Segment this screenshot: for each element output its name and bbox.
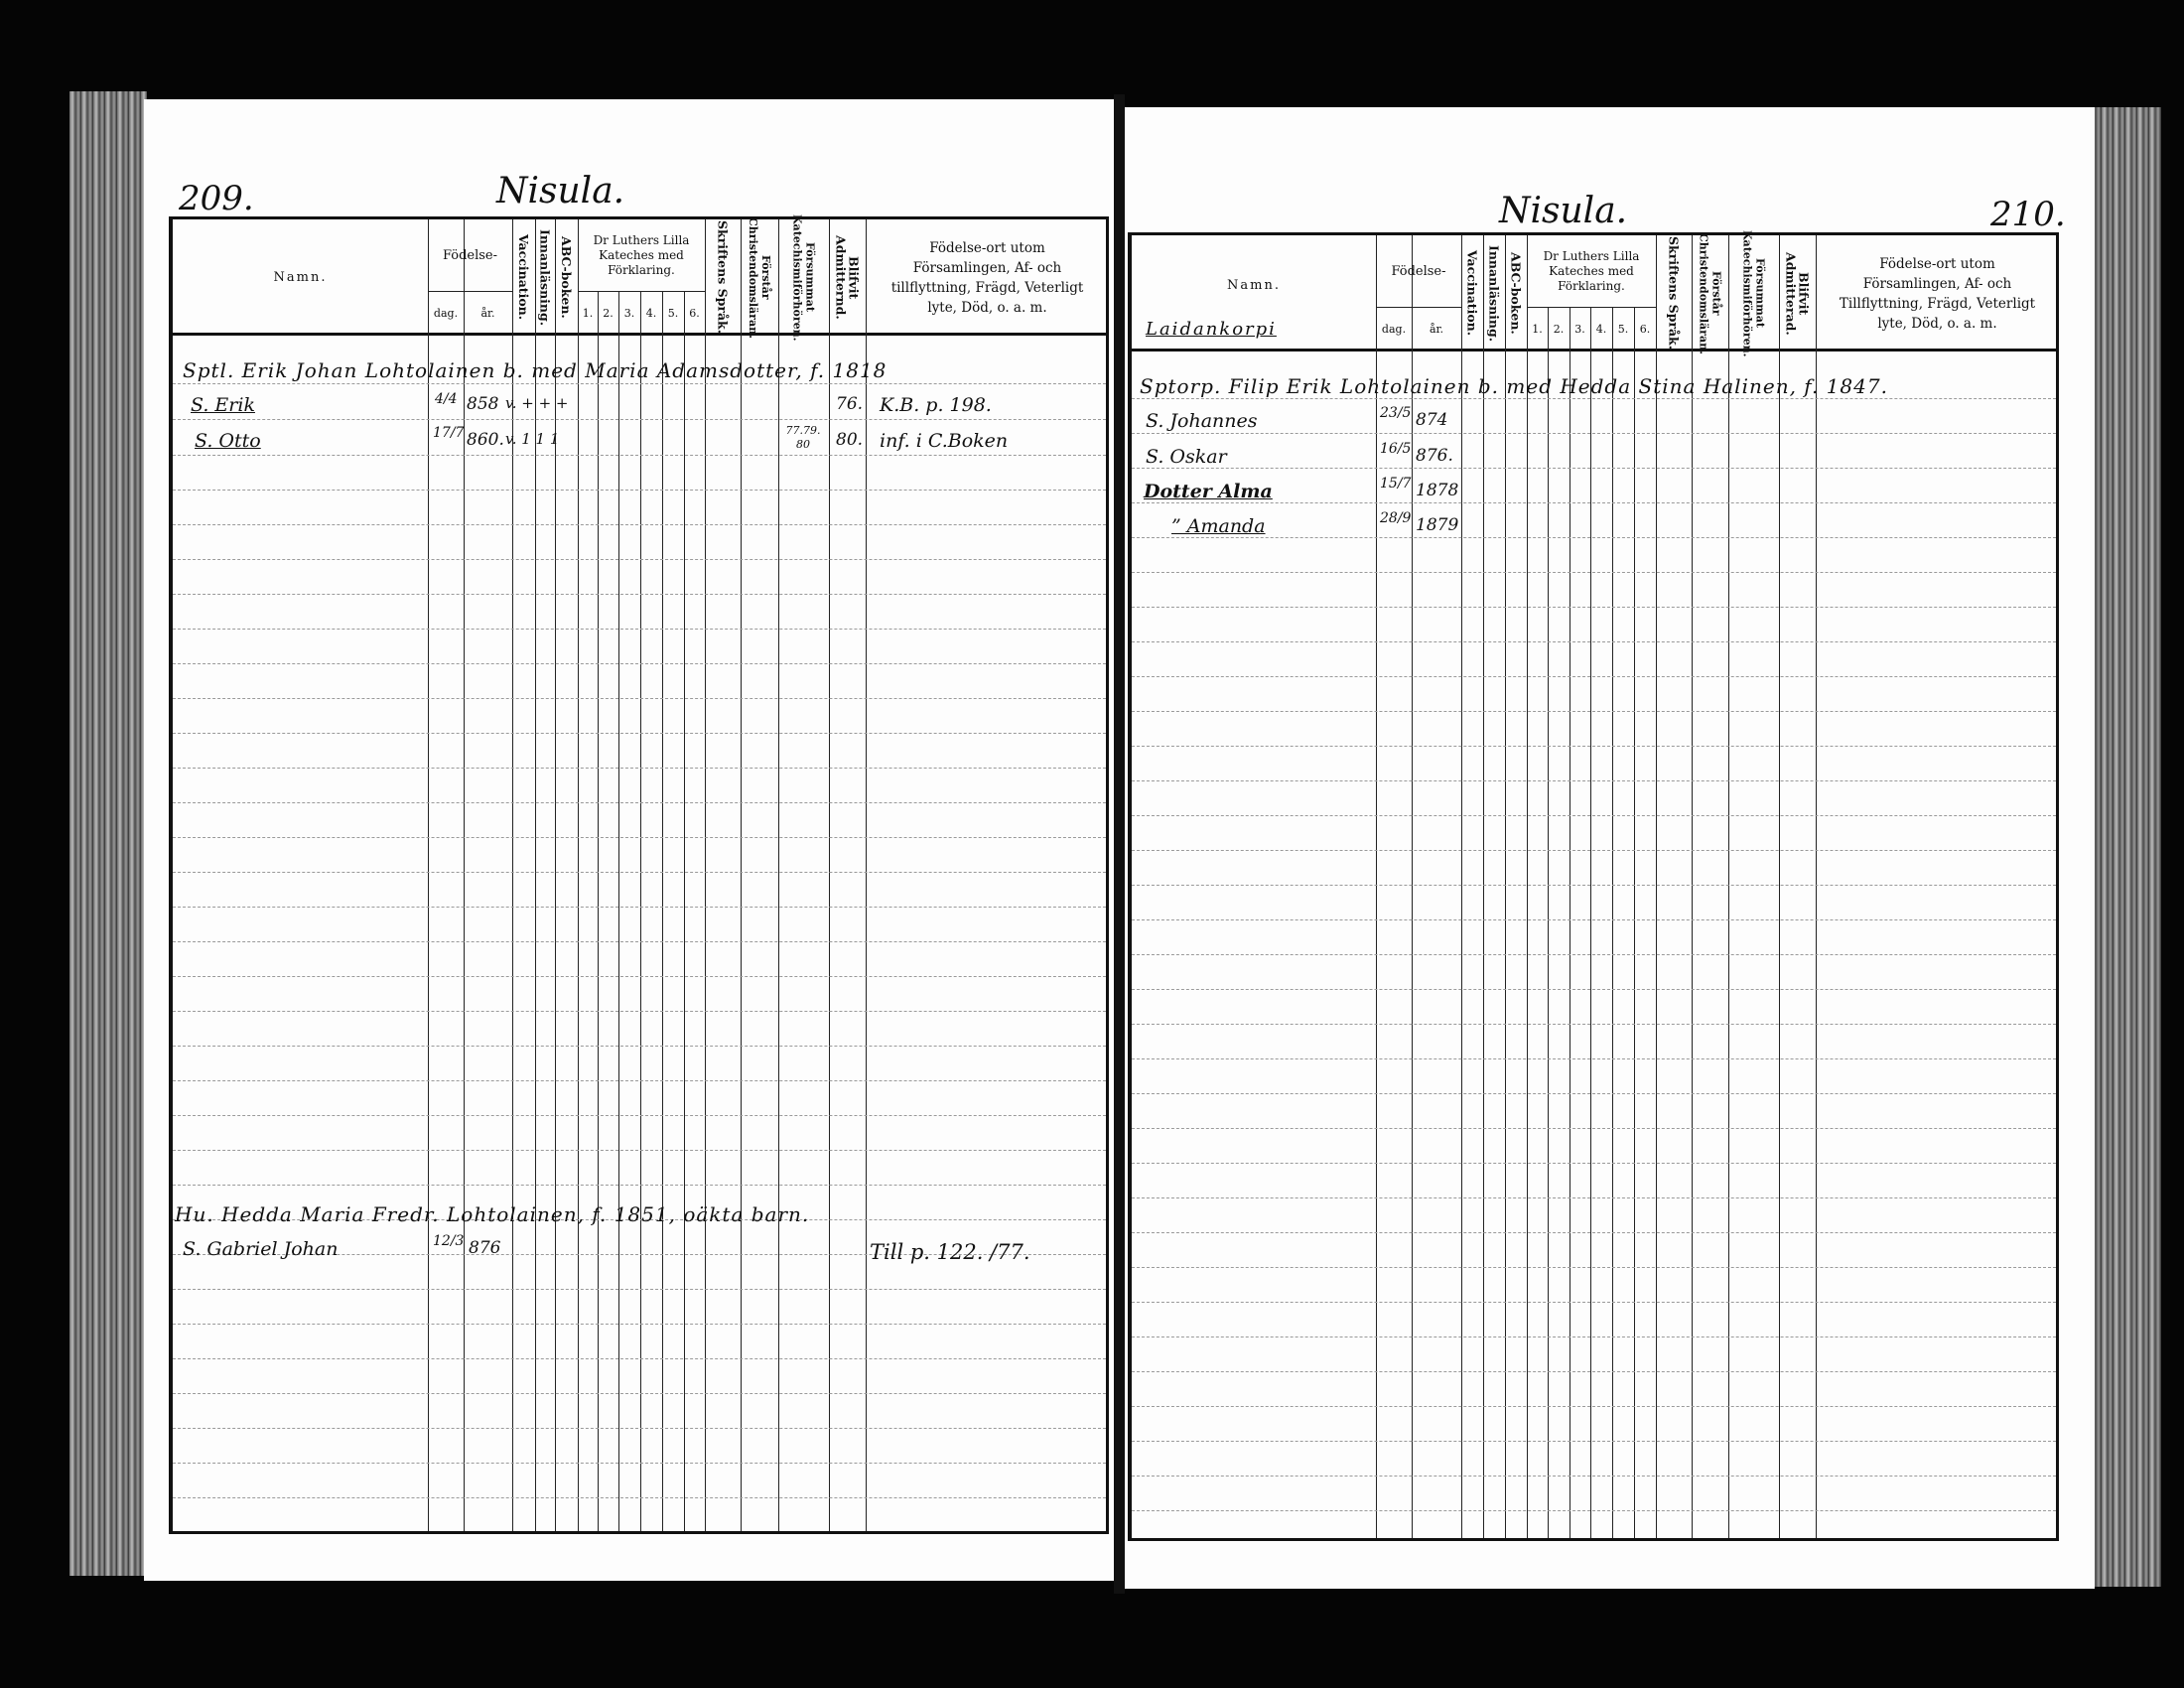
header-luther-2: 2. bbox=[1548, 307, 1570, 352]
entry-ar: 860. bbox=[467, 430, 504, 450]
entry-name: S. Erik bbox=[191, 394, 255, 416]
right-page-edges bbox=[2090, 107, 2161, 1587]
header-innanlasning: Innanläsning. bbox=[535, 219, 555, 336]
header-luther-5: 5. bbox=[1612, 307, 1634, 352]
entry-name: S. Otto bbox=[195, 430, 261, 452]
village-title-left: Nisula. bbox=[496, 171, 624, 211]
register-table-right: Namn. Laidankorpi Födelse- dag. år. Vacc… bbox=[1128, 232, 2059, 1541]
header-forsummat: Försummat Katechismiförhören. bbox=[778, 219, 829, 336]
entry-household-head: Hu. Hedda Maria Fredr. Lohtolainen, f. 1… bbox=[175, 1202, 809, 1226]
header-dag: dag. bbox=[1376, 307, 1412, 352]
header-luther-4: 4. bbox=[1590, 307, 1612, 352]
left-page-edges bbox=[69, 91, 147, 1576]
header-luther-1: 1. bbox=[578, 291, 598, 336]
header-vaccination: Vaccination. bbox=[512, 219, 535, 336]
header-notes: Födelse-ort utom Församlingen, Af- och t… bbox=[866, 219, 1109, 336]
entry-marks: v. + + + bbox=[505, 394, 568, 412]
header-ar: år. bbox=[464, 291, 512, 336]
entry-ar: 1879 bbox=[1416, 515, 1458, 535]
village-title-right: Nisula. bbox=[1499, 191, 1627, 231]
header-blifvit: Blifvit Admitternd. bbox=[829, 219, 866, 336]
header-forstar: Förstår Christendomsläran. bbox=[741, 219, 778, 336]
entry-notes: K.B. p. 198. bbox=[880, 394, 992, 416]
entry-name: Dotter Alma bbox=[1144, 481, 1273, 502]
header-fodelse: Födelse- bbox=[1376, 235, 1461, 307]
header-luther-3: 3. bbox=[618, 291, 640, 336]
header-luther-6: 6. bbox=[1634, 307, 1656, 352]
header-luther: Dr Luthers Lilla Kateches med Förklaring… bbox=[578, 219, 705, 291]
header-luther-5: 5. bbox=[662, 291, 684, 336]
entry-notes: inf. i C.Boken bbox=[880, 430, 1008, 452]
header-notes: Födelse-ort utom Församlingen, Af- och T… bbox=[1816, 235, 2059, 352]
header-luther-1: 1. bbox=[1527, 307, 1548, 352]
header-skriftens: Skriftens Språk. bbox=[1656, 235, 1692, 352]
entry-household-head: Sptl. Erik Johan Lohtolainen b. med Mari… bbox=[183, 358, 887, 382]
entry-ar: 874 bbox=[1416, 410, 1447, 430]
entry-notes: Till p. 122. /77. bbox=[870, 1240, 1030, 1264]
entry-ar: 876. bbox=[1416, 446, 1453, 466]
entry-household-head: Sptorp. Filip Erik Lohtolainen b. med He… bbox=[1140, 374, 1888, 398]
entry-marks: v. 1 1 1 bbox=[505, 430, 559, 448]
register-table-left: Namn. Födelse- dag. år. Vaccination. Inn… bbox=[169, 216, 1109, 1534]
entry-name: S. Gabriel Johan bbox=[183, 1238, 338, 1260]
entry-ar: 876 bbox=[469, 1238, 500, 1258]
header-luther-3: 3. bbox=[1570, 307, 1590, 352]
header-luther: Dr Luthers Lilla Kateches med Förklaring… bbox=[1527, 235, 1656, 307]
entry-blifvit: 80. bbox=[836, 430, 863, 450]
entry-dag: 23/5 bbox=[1380, 406, 1408, 420]
entry-blifvit: 76. bbox=[836, 394, 863, 414]
header-innanlasning: Innanläsning. bbox=[1483, 235, 1505, 352]
header-luther-2: 2. bbox=[598, 291, 618, 336]
place-name: Laidankorpi bbox=[1146, 319, 1277, 340]
entry-dag: 12/3 bbox=[433, 1234, 459, 1248]
header-forstar: Förstår Christendomsläran. bbox=[1692, 235, 1728, 352]
header-forsummat: Försummat Katechismiförhören. bbox=[1728, 235, 1779, 352]
header-skriftens: Skriftens Språk. bbox=[705, 219, 741, 336]
entry-forsummat: 77.79. 80 bbox=[781, 424, 825, 452]
header-abc: ABC-boken. bbox=[1505, 235, 1527, 352]
entry-name: ” Amanda bbox=[1171, 515, 1266, 537]
header-blifvit: Blifvit Admitterad. bbox=[1779, 235, 1816, 352]
header-abc: ABC-boken. bbox=[555, 219, 578, 336]
header-ar: år. bbox=[1412, 307, 1461, 352]
entry-dag: 16/5 bbox=[1380, 442, 1408, 456]
page-number-left: 209. bbox=[179, 179, 254, 218]
entry-dag: 28/9 bbox=[1380, 511, 1408, 525]
entry-name: S. Johannes bbox=[1146, 410, 1258, 432]
book-spine bbox=[1114, 94, 1125, 1594]
entry-name: S. Oskar bbox=[1146, 446, 1227, 468]
header-luther-6: 6. bbox=[684, 291, 705, 336]
header-vaccination: Vaccination. bbox=[1461, 235, 1483, 352]
entry-dag: 4/4 bbox=[435, 392, 457, 406]
entry-ar: 858 bbox=[467, 394, 498, 414]
page-number-right: 210. bbox=[1990, 195, 2066, 234]
entry-dag: 17/7 bbox=[433, 426, 459, 440]
entry-dag: 15/7 bbox=[1380, 477, 1408, 491]
header-dag: dag. bbox=[428, 291, 464, 336]
header-namn: Namn. bbox=[173, 219, 428, 336]
header-fodelse: Födelse- bbox=[428, 219, 512, 291]
entry-ar: 1878 bbox=[1416, 481, 1458, 500]
header-luther-4: 4. bbox=[640, 291, 662, 336]
